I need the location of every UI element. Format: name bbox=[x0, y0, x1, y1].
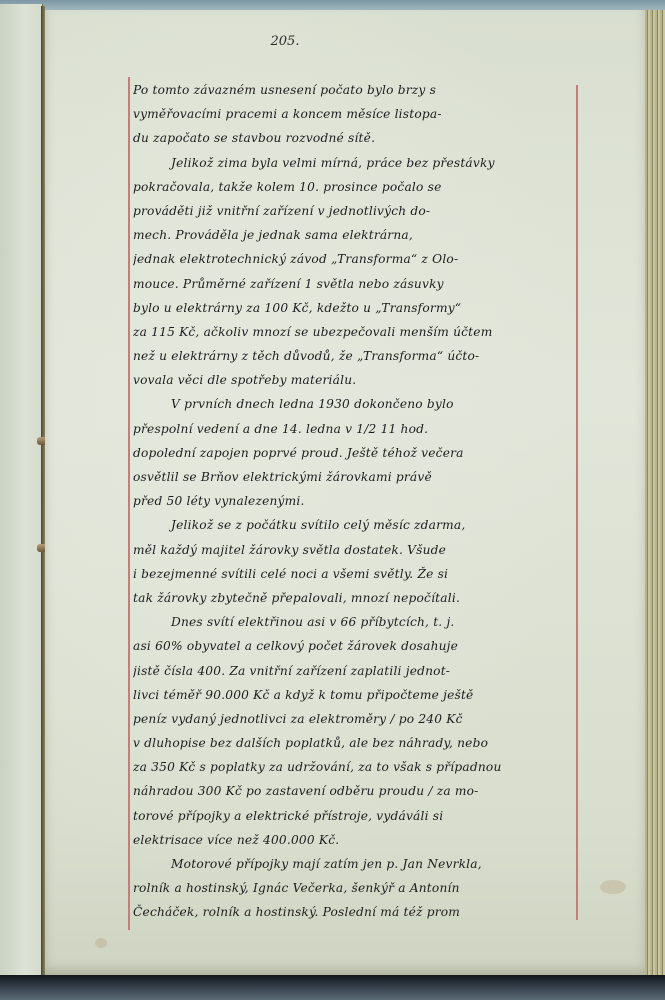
handwritten-text-body: Po tomto závazném usnesení počato bylo b… bbox=[133, 78, 576, 925]
handwritten-line: torové přípojky a elektrické přístroje, … bbox=[133, 804, 576, 828]
handwritten-line: osvětlil se Brňov elektrickými žárovkami… bbox=[133, 465, 576, 489]
handwritten-line: vyměřovacími pracemi a koncem měsíce lis… bbox=[133, 102, 576, 126]
background-bottom bbox=[0, 975, 665, 1000]
handwritten-line: Jelikož se z počátku svítilo celý měsíc … bbox=[133, 513, 576, 537]
handwritten-line: dopolední zapojen poprvé proud. Ještě té… bbox=[133, 441, 576, 465]
handwritten-line: vovala věci dle spotřeby materiálu. bbox=[133, 368, 576, 392]
handwritten-line: prováděti již vnitřní zařízení v jednotl… bbox=[133, 199, 576, 223]
handwritten-line: Dnes svítí elektřinou asi v 66 příbytcíc… bbox=[133, 610, 576, 634]
handwritten-line: měl každý majitel žárovky světla dostate… bbox=[133, 538, 576, 562]
paper-stain bbox=[95, 938, 107, 948]
handwritten-line: než u elektrárny z těch důvodů, že „Tran… bbox=[133, 344, 576, 368]
handwritten-line: mouce. Průměrné zařízení 1 světla nebo z… bbox=[133, 272, 576, 296]
left-margin-rule bbox=[128, 77, 130, 930]
handwritten-line: i bezejmenné svítili celé noci a všemi s… bbox=[133, 562, 576, 586]
previous-page-edge bbox=[0, 4, 43, 982]
handwritten-line: Čecháček, rolník a hostinský. Poslední m… bbox=[133, 900, 576, 924]
handwritten-line: v dluhopise bez dalších poplatků, ale be… bbox=[133, 731, 576, 755]
handwritten-line: asi 60% obyvatel a celkový počet žárovek… bbox=[133, 634, 576, 658]
handwritten-line: mech. Prováděla je jednak sama elektrárn… bbox=[133, 223, 576, 247]
handwritten-line: peníz vydaný jednotlivci za elektroměry … bbox=[133, 707, 576, 731]
handwritten-line: před 50 léty vynalezenými. bbox=[133, 489, 576, 513]
handwritten-line: du započato se stavbou rozvodné sítě. bbox=[133, 126, 576, 150]
right-margin-rule bbox=[576, 85, 578, 920]
handwritten-line: elektrisace více než 400.000 Kč. bbox=[133, 828, 576, 852]
handwritten-line: V prvních dnech ledna 1930 dokončeno byl… bbox=[133, 392, 576, 416]
handwritten-line: Jelikož zima byla velmi mírná, práce bez… bbox=[133, 151, 576, 175]
handwritten-line: Motorové přípojky mají zatím jen p. Jan … bbox=[133, 852, 576, 876]
handwritten-line: náhradou 300 Kč po zastavení odběru prou… bbox=[133, 779, 576, 803]
handwritten-line: jednak elektrotechnický závod „Transform… bbox=[133, 247, 576, 271]
handwritten-line: pokračovala, takže kolem 10. prosince po… bbox=[133, 175, 576, 199]
handwritten-line: Po tomto závazném usnesení počato bylo b… bbox=[133, 78, 576, 102]
handwritten-line: bylo u elektrárny za 100 Kč, kdežto u „T… bbox=[133, 296, 576, 320]
handwritten-line: za 350 Kč s poplatky za udržování, za to… bbox=[133, 755, 576, 779]
handwritten-line: za 115 Kč, ačkoliv mnozí se ubezpečovali… bbox=[133, 320, 576, 344]
handwritten-line: tak žárovky zbytečně přepalovali, mnozí … bbox=[133, 586, 576, 610]
page-number: 205. bbox=[245, 34, 325, 49]
handwritten-line: livci téměř 90.000 Kč a když k tomu přip… bbox=[133, 683, 576, 707]
handwritten-line: přespolní vedení a dne 14. ledna v 1/2 1… bbox=[133, 417, 576, 441]
handwritten-line: jistě čísla 400. Za vnitřní zařízení zap… bbox=[133, 659, 576, 683]
page-stack-edge bbox=[645, 10, 665, 975]
handwritten-line: rolník a hostinský, Ignác Večerka, šenký… bbox=[133, 876, 576, 900]
paper-stain bbox=[600, 880, 626, 894]
